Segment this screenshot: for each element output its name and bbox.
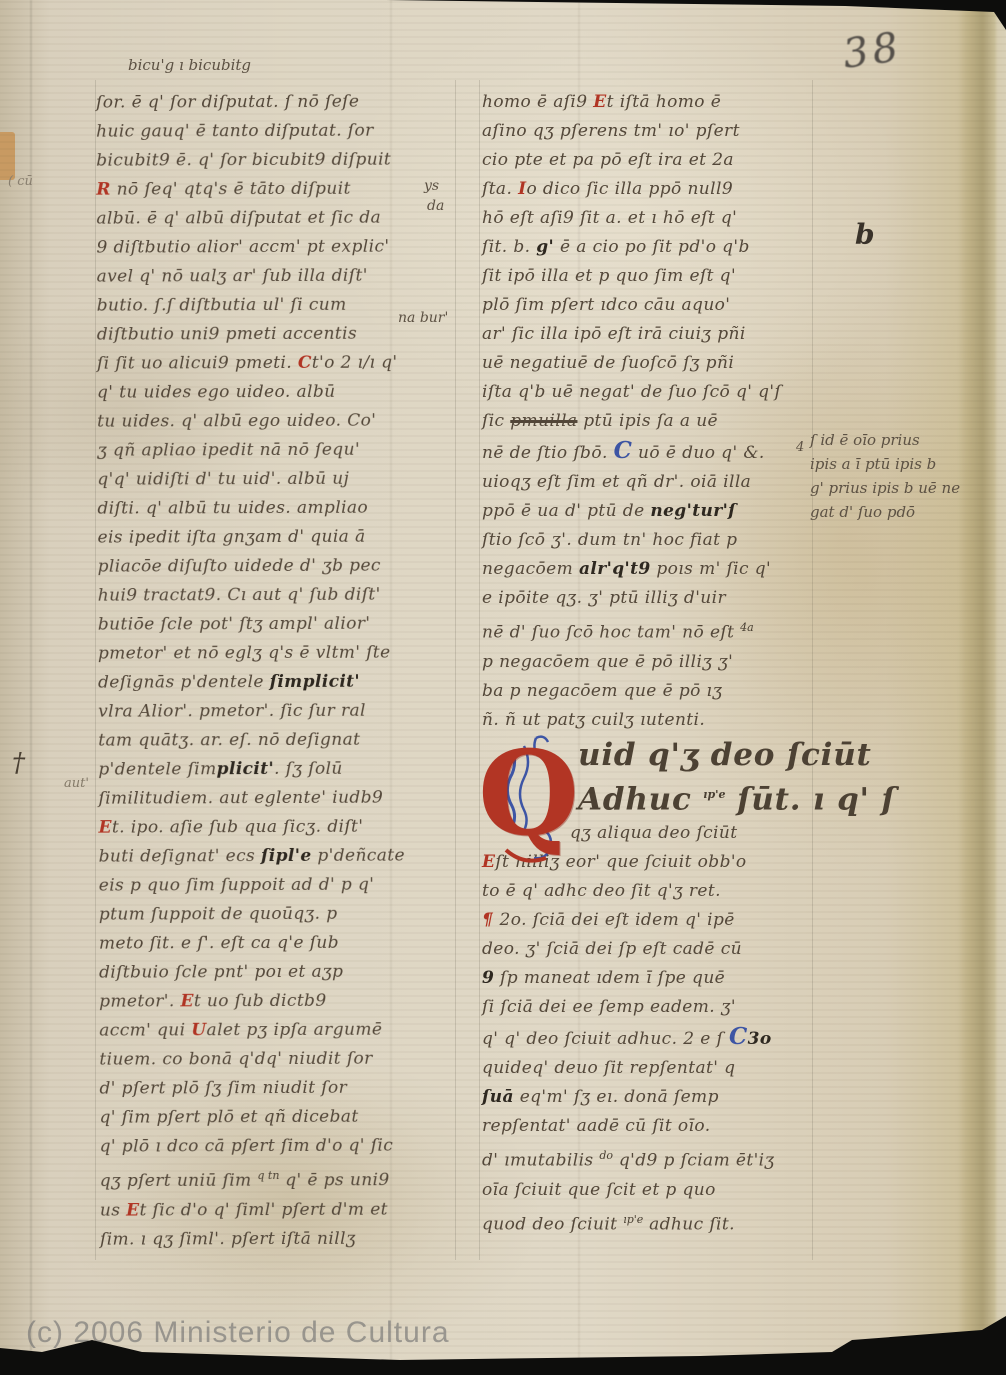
- manuscript-line: d' pſert plō ſʒ ſim niudit ſor: [99, 1073, 465, 1103]
- text-segment: nē d' ſuo ſcō hoc tam' nō eſt: [482, 623, 740, 643]
- text-segment: uid q'ʒ deo ſciūt: [578, 737, 872, 773]
- manuscript-line: eis p quo ſim ſuppoit ad d' p q': [99, 870, 465, 900]
- manuscript-line: homo ē aſi9 Et iſtā homo ē: [482, 88, 822, 117]
- manuscript-line: huic gauq' ē tanto diſputat. ſor: [96, 116, 462, 146]
- manuscript-line: ſi ſciā dei ee ſemp eadem. ʒ': [482, 993, 822, 1022]
- manuscript-line: pliacōe diſuſto uidede d' ʒb pec: [98, 551, 464, 581]
- manuscript-line: uē negatiuē de ſuoſcō ſʒ pñi: [482, 349, 822, 378]
- text-segment: albū. ē q' albū diſputat et ſic da: [96, 208, 381, 229]
- manuscript-line: ſim. ı qʒ ſiml'. pſert iſtā nillʒ: [100, 1224, 466, 1254]
- manuscript-line: deo. ʒ' ſciā dei ſp eſt cadē cū: [482, 935, 822, 964]
- text-segment: homo ē aſi9: [482, 92, 593, 112]
- margin-note-line: ipis a ī ptū ipis b: [810, 452, 990, 476]
- manuscript-line: ſi ſit uo alicui9 pmeti. Ct'o 2 ı/ı q': [97, 348, 463, 378]
- manuscript-line: ʒ qñ apliao ipedit nā nō ſequ': [97, 435, 463, 465]
- manuscript-line: quod deo ſciuit ıp'e adhuc ſit.: [482, 1205, 822, 1240]
- text-segment: negacōem: [482, 559, 579, 579]
- manuscript-line: ſimilitudiem. aut eglente' iudb9: [98, 783, 464, 813]
- manuscript-line: p negacōem que ē pō illiʒ ʒ': [482, 648, 822, 677]
- manuscript-line: pmetor'. Et uo ſub dictb9: [99, 986, 465, 1016]
- manuscript-line: q' q' deo ſciuit adhuc. 2 e ſ C3o: [482, 1022, 822, 1054]
- text-segment: E: [99, 818, 112, 838]
- text-segment: ſūt. ı q' ſ: [726, 781, 896, 817]
- text-segment: q' plō ı dco cā pſert ſim d'o q' ſic: [100, 1136, 394, 1157]
- text-segment: buti deſignat' ecs: [99, 846, 261, 867]
- text-segment: oīa ſciuit que ſcit et p quo: [482, 1180, 716, 1200]
- text-segment: E: [180, 991, 193, 1011]
- text-segment: avel q' nō ualʒ ar' ſub illa diſt': [97, 266, 368, 287]
- manuscript-line: 9 ſp maneat ıdem ī ſpe quē: [482, 964, 822, 993]
- text-segment: plō ſim pſert ıdco cāu aquo': [482, 295, 730, 315]
- text-segment: d' pſert plō ſʒ ſim niudit ſor: [99, 1078, 347, 1099]
- manuscript-line: q'q' uidiſti d' tu uid'. albū uj: [97, 464, 463, 494]
- text-segment: g': [536, 237, 554, 257]
- manuscript-line: Et. ipo. aſie ſub qua ſicʒ. diſt': [98, 812, 464, 842]
- text-segment: C: [298, 353, 312, 373]
- manuscript-line: ¶ 2o. ſciā dei eſt idem q' ipē: [482, 906, 822, 935]
- manuscript-line: tiuem. co bonā q'dq' niudit ſor: [99, 1044, 465, 1074]
- manuscript-line: ſtio ſcō ʒ'. dum tn' hoc fiat p: [482, 526, 822, 555]
- copyright-watermark: (c) 2006 Ministerio de Cultura: [26, 1316, 450, 1350]
- text-segment: aſino qʒ pſerens tm' ıo' pſert: [482, 121, 740, 141]
- manuscript-line: us Et ſic d'o q' ſiml' pſert d'm et: [100, 1195, 466, 1225]
- manuscript-line: diſtbutio uni9 pmeti accentis: [97, 319, 463, 349]
- manuscript-line: ſta. Io dico ſic illa ppō null9: [482, 175, 822, 204]
- text-segment: U: [191, 1020, 206, 1040]
- text-segment: iſta q'b uē negat' de ſuo ſcō q' q'ſ: [482, 382, 781, 402]
- manuscript-line: cio pte et pa pō eſt ira et 2a: [482, 146, 822, 175]
- manuscript-line: butiōe ſcle pot' ſtʒ ampl' alior': [98, 609, 464, 639]
- text-segment: ſtio ſcō ʒ'. dum tn' hoc fiat p: [482, 530, 737, 550]
- manuscript-line: ptum ſuppoit de quoūqʒ. p: [99, 899, 465, 929]
- text-segment: pliacōe diſuſto uidede d' ʒb pec: [98, 556, 381, 577]
- text-segment: ptum ſuppoit de quoūqʒ. p: [99, 904, 338, 925]
- manuscript-line: aſino qʒ pſerens tm' ıo' pſert: [482, 117, 822, 146]
- interlinear-gloss-top: bicu'g ı bicubitg: [128, 56, 251, 74]
- manuscript-line: ar' ſic illa ipō eſt irā ciuiʒ pñi: [482, 320, 822, 349]
- text-segment: ſimilitudiem. aut eglente' iudb9: [98, 788, 383, 809]
- text-segment: diſti. q' albū tu uides. ampliao: [97, 498, 368, 519]
- text-segment: ıp'e: [623, 1213, 643, 1226]
- margin-note-line: g' prius ipis b uē ne: [810, 476, 990, 500]
- text-segment: ſim. ı qʒ ſiml'. pſert iſtā nillʒ: [100, 1228, 356, 1249]
- text-segment: ſimplicit': [270, 672, 361, 692]
- text-segment: t iſtā homo ē: [607, 92, 722, 112]
- manuscript-line: R nō ſeq' qtq's ē tāto diſpuit: [96, 174, 462, 204]
- manuscript-line: ſuā eq'm' ſʒ eı. donā ſemp: [482, 1083, 822, 1112]
- manuscript-line: ba p negacōem que ē pō ıʒ: [482, 677, 822, 706]
- text-segment: pmuilla: [510, 411, 577, 431]
- text-segment: tiuem. co bonā q'dq' niudit ſor: [99, 1049, 372, 1070]
- text-segment: uē negatiuē de ſuoſcō ſʒ pñi: [482, 353, 734, 373]
- text-segment: q tn: [257, 1169, 279, 1182]
- text-segment: cio pte et pa pō eſt ira et 2a: [482, 150, 734, 170]
- manuscript-line: iſta q'b uē negat' de ſuo ſcō q' q'ſ: [482, 378, 822, 407]
- text-segment: ſi ſciā dei ee ſemp eadem. ʒ': [482, 997, 736, 1017]
- text-segment: q' q' deo ſciuit adhuc. 2 e ſ: [482, 1029, 729, 1049]
- text-segment: us: [100, 1200, 126, 1220]
- text-segment: ¶: [482, 910, 500, 930]
- text-segment: e ipōite qʒ. ʒ' ptū illiʒ d'uir: [482, 588, 726, 608]
- text-segment: 2o. ſciā dei eſt idem q' ipē: [500, 910, 735, 930]
- text-segment: p'dentele ſim: [98, 759, 216, 779]
- text-segment: C: [614, 437, 633, 464]
- text-segment: d' ımutabilis: [482, 1151, 599, 1171]
- text-segment: alet pʒ ipſa argumē: [207, 1020, 383, 1041]
- text-segment: uioqʒ eſt ſim et qñ dr'. oiā illa: [482, 472, 751, 492]
- text-segment: neg'tur'ſ: [650, 501, 736, 521]
- text-segment: nō ſeq' qtq's ē tāto diſpuit: [111, 179, 351, 200]
- text-segment: q'd9 p ſciam ēt'iʒ: [613, 1151, 774, 1171]
- page-fore-edge: [958, 8, 996, 1349]
- text-segment: ē a cio po ſit pd'o q'b: [554, 237, 750, 257]
- adjacent-leaf-sliver: [0, 132, 15, 180]
- manuscript-line: eis ipedit iſta gnʒam d' quia ā: [97, 522, 463, 552]
- edge-speck: [901, 1349, 911, 1356]
- text-segment: qʒ aliqua deo ſciūt: [570, 823, 737, 843]
- manuscript-line: qʒ pſert uniū ſim q tn q' ē ps uni9: [100, 1160, 466, 1196]
- manuscript-line: albū. ē q' albū diſputat et ſic da: [96, 203, 462, 233]
- text-column-right: homo ē aſi9 Et iſtā homo ēaſino qʒ pſere…: [482, 88, 822, 1239]
- manuscript-line: q' tu uides ego uideo. albū: [97, 377, 463, 407]
- text-segment: . ſʒ ſolū: [274, 759, 343, 779]
- text-segment: tu uides. q' albū ego uideo. Co': [97, 411, 376, 432]
- gutter-crease: [30, 0, 32, 1375]
- manuscript-line: diſti. q' albū tu uides. ampliao: [97, 493, 463, 523]
- text-segment: repſentat' aadē cū ſit oīo.: [482, 1116, 711, 1136]
- manuscript-line: bicubit9 ē. q' ſor bicubit9 diſpuit: [96, 145, 462, 175]
- text-column-left: ſor. ē q' ſor diſputat. ſ nō ſeſehuic ga…: [96, 87, 466, 1254]
- text-segment: q'q' uidiſti d' tu uid'. albū uj: [97, 469, 349, 490]
- text-segment: Adhuc: [578, 781, 703, 817]
- manuscript-line: q' plō ı dco cā pſert ſim d'o q' ſic: [100, 1131, 466, 1161]
- text-segment: alr'q't9: [579, 559, 651, 579]
- manuscript-line: quideq' deuo ſit repſentat' q: [482, 1054, 822, 1083]
- manuscript-line: q' ſim pſert plō et qñ dicebat: [100, 1102, 466, 1132]
- text-segment: vlra Alior'. pmetor'. ſic ſur ral: [98, 701, 366, 722]
- right-margin-note: 4 ſ id ē oīo prius ipis a ī ptū ipis b g…: [810, 428, 990, 524]
- manuscript-line: ſic pmuilla ptū ipis ſa a uē: [482, 407, 822, 436]
- folio-number: 38: [840, 24, 905, 78]
- text-segment: 4a: [740, 621, 754, 634]
- text-segment: pmetor'.: [99, 991, 180, 1011]
- manuscript-line: 9 diſtbutio alior' accm' pt explic': [96, 232, 462, 262]
- text-segment: ſit ipō illa et p quo ſim eſt q': [482, 266, 736, 286]
- text-segment: hui9 tractat9. Cı aut q' ſub diſt': [98, 585, 381, 606]
- manuscript-line: tam quātʒ. ar. eſ. nō deſignat: [98, 725, 464, 755]
- margin-note-line: ſ id ē oīo prius: [810, 428, 990, 452]
- text-segment: ſuā: [482, 1087, 514, 1107]
- manuscript-line: accm' qui Ualet pʒ ipſa argumē: [99, 1015, 465, 1045]
- text-segment: deo. ʒ' ſciā dei ſp eſt cadē cū: [482, 939, 742, 959]
- manuscript-line: tu uides. q' albū ego uideo. Co': [97, 406, 463, 436]
- left-margin-gloss-cum: ( cū: [8, 174, 33, 189]
- manuscript-line: e ipōite qʒ. ʒ' ptū illiʒ d'uir: [482, 584, 822, 613]
- text-segment: do: [599, 1149, 613, 1162]
- text-segment: p'deñcate: [312, 846, 405, 866]
- manuscript-line: ſit. b. g' ē a cio po ſit pd'o q'b: [482, 233, 822, 262]
- manuscript-line: nē d' ſuo ſcō hoc tam' nō eſt 4a: [482, 613, 822, 648]
- manuscript-line: pmetor' et nō eglʒ q's ē vltm' ſte: [98, 638, 464, 668]
- manuscript-line: Adhuc ıp'e ſūt. ı q' ſ: [578, 775, 822, 819]
- text-segment: t uo ſub dictb9: [194, 991, 327, 1011]
- text-segment: accm' qui: [99, 1020, 191, 1040]
- text-segment: meto ſit. e ſ'. eſt ca q'e ſub: [99, 933, 339, 954]
- text-segment: q' tu uides ego uideo. albū: [97, 382, 336, 403]
- text-segment: E: [126, 1200, 139, 1220]
- text-segment: ptū ipis ſa a uē: [577, 411, 718, 431]
- text-segment: qʒ pſert uniū ſim: [100, 1171, 258, 1192]
- text-segment: eis ipedit iſta gnʒam d' quia ā: [97, 527, 365, 548]
- text-segment: ſta.: [482, 179, 518, 199]
- text-segment: nē de ſtio ſbō.: [482, 443, 614, 463]
- text-segment: poıs m' ſic q': [651, 559, 772, 579]
- text-segment: plicit': [217, 759, 275, 779]
- manuscript-page: 38 (c) 2006 Ministerio de Cultura bicu'g…: [0, 0, 1006, 1375]
- manuscript-line: ſor. ē q' ſor diſputat. ſ nō ſeſe: [96, 87, 462, 117]
- manuscript-line: uid q'ʒ deo ſciūt: [578, 735, 822, 775]
- initial-q: Q: [478, 736, 579, 852]
- manuscript-line: meto ſit. e ſ'. eſt ca q'e ſub: [99, 928, 465, 958]
- text-segment: ar' ſic illa ipō eſt irā ciuiʒ pñi: [482, 324, 746, 344]
- text-segment: diſtbutio uni9 pmeti accentis: [97, 324, 357, 345]
- manuscript-line: butio. ſ.ſ diſtbutia ul' ſi cum: [97, 290, 463, 320]
- text-segment: bicubit9 ē. q' ſor bicubit9 diſpuit: [96, 150, 391, 171]
- text-segment: ʒ qñ apliao ipedit nā nō ſequ': [97, 440, 360, 461]
- manuscript-line: buti deſignat' ecs ſipl'e p'deñcate: [99, 841, 465, 871]
- margin-dagger-mark: †: [12, 748, 25, 778]
- text-segment: adhuc ſit.: [643, 1214, 735, 1234]
- text-segment: t ſic d'o q' ſiml' pſert d'm et: [139, 1199, 387, 1220]
- text-segment: butiōe ſcle pot' ſtʒ ampl' alior': [98, 614, 371, 635]
- text-segment: q' ſim pſert plō et qñ dicebat: [100, 1107, 359, 1128]
- manuscript-line: d' ımutabilis do q'd9 p ſciam ēt'iʒ: [482, 1141, 822, 1176]
- margin-gloss-aut: aut': [64, 776, 89, 791]
- manuscript-line: ſit ipō illa et p quo ſim eſt q': [482, 262, 822, 291]
- text-segment: ba p negacōem que ē pō ıʒ: [482, 681, 722, 701]
- text-segment: quod deo ſciuit: [482, 1214, 623, 1234]
- text-segment: deſignās p'dentele: [98, 672, 270, 693]
- text-segment: eis p quo ſim ſuppoit ad d' p q': [99, 875, 375, 896]
- text-segment: p negacōem que ē pō illiʒ ʒ': [482, 652, 733, 672]
- text-segment: hō eſt aſi9 ſit a. et ı hō eſt q': [482, 208, 737, 228]
- text-segment: ppō ē ua d' ptū de: [482, 501, 650, 521]
- text-segment: t'o 2 ı/ı q': [312, 353, 398, 373]
- manuscript-line: ppō ē ua d' ptū de neg'tur'ſ: [482, 497, 822, 526]
- manuscript-line: avel q' nō ualʒ ar' ſub illa diſt': [97, 261, 463, 291]
- text-segment: eq'm' ſʒ eı. donā ſemp: [514, 1087, 719, 1107]
- text-segment: diſtbuio ſcle pnt' poı et aʒp: [99, 962, 343, 983]
- text-segment: 3o: [748, 1029, 772, 1049]
- manuscript-line: repſentat' aadē cū ſit oīo.: [482, 1112, 822, 1141]
- text-segment: 9 diſtbutio alior' accm' pt explic': [96, 237, 389, 258]
- manuscript-line: deſignās p'dentele ſimplicit': [98, 667, 464, 697]
- text-segment: R: [96, 180, 111, 200]
- margin-note-line: gat d' ſuo pdō: [810, 500, 990, 524]
- text-segment: o dico ſic illa ppō null9: [526, 179, 733, 199]
- text-segment: pmetor' et nō eglʒ q's ē vltm' ſte: [98, 643, 391, 664]
- manuscript-line: oīa ſciuit que ſcit et p quo: [482, 1176, 822, 1205]
- text-segment: q' ē ps uni9: [279, 1170, 389, 1190]
- text-segment: ıp'e: [703, 788, 725, 801]
- text-segment: C: [729, 1023, 748, 1050]
- text-segment: ſor. ē q' ſor diſputat. ſ nō ſeſe: [96, 92, 359, 113]
- manuscript-line: uioqʒ eſt ſim et qñ dr'. oiā illa: [482, 468, 822, 497]
- margin-letter-b: b: [855, 218, 875, 251]
- text-segment: butio. ſ.ſ diſtbutia ul' ſi cum: [97, 295, 347, 316]
- manuscript-line: hui9 tractat9. Cı aut q' ſub diſt': [98, 580, 464, 610]
- ruling-line: [479, 80, 480, 1260]
- text-segment: ſi ſit uo alicui9 pmeti.: [97, 353, 298, 374]
- manuscript-line: p'dentele ſimplicit'. ſʒ ſolū: [98, 754, 464, 784]
- manuscript-line: negacōem alr'q't9 poıs m' ſic q': [482, 555, 822, 584]
- manuscript-line: hō eſt aſi9 ſit a. et ı hō eſt q': [482, 204, 822, 233]
- text-segment: ſic: [482, 411, 510, 431]
- text-segment: ſit. b.: [482, 237, 536, 257]
- manuscript-line: plō ſim pſert ıdco cāu aquo': [482, 291, 822, 320]
- text-segment: ſipl'e: [261, 846, 312, 866]
- manuscript-line: nē de ſtio ſbō. C uō ē duo q' &.: [482, 436, 822, 468]
- text-segment: tam quātʒ. ar. eſ. nō deſignat: [98, 730, 360, 751]
- text-segment: E: [593, 92, 606, 112]
- text-segment: to ē q' adhc deo ſit q'ʒ ret.: [482, 881, 721, 901]
- text-segment: quideq' deuo ſit repſentat' q: [482, 1058, 735, 1078]
- text-segment: uō ē duo q' &.: [632, 443, 764, 463]
- text-segment: 9: [482, 968, 494, 988]
- text-segment: t. ipo. aſie ſub qua ſicʒ. diſt': [112, 817, 364, 838]
- manuscript-line: qʒ aliqua deo ſciūt: [570, 819, 822, 848]
- text-segment: huic gauq' ē tanto diſputat. ſor: [96, 121, 374, 142]
- text-segment: ſp maneat ıdem ī ſpe quē: [494, 968, 725, 988]
- manuscript-line: diſtbuio ſcle pnt' poı et aʒp: [99, 957, 465, 987]
- manuscript-line: vlra Alior'. pmetor'. ſic ſur ral: [98, 696, 464, 726]
